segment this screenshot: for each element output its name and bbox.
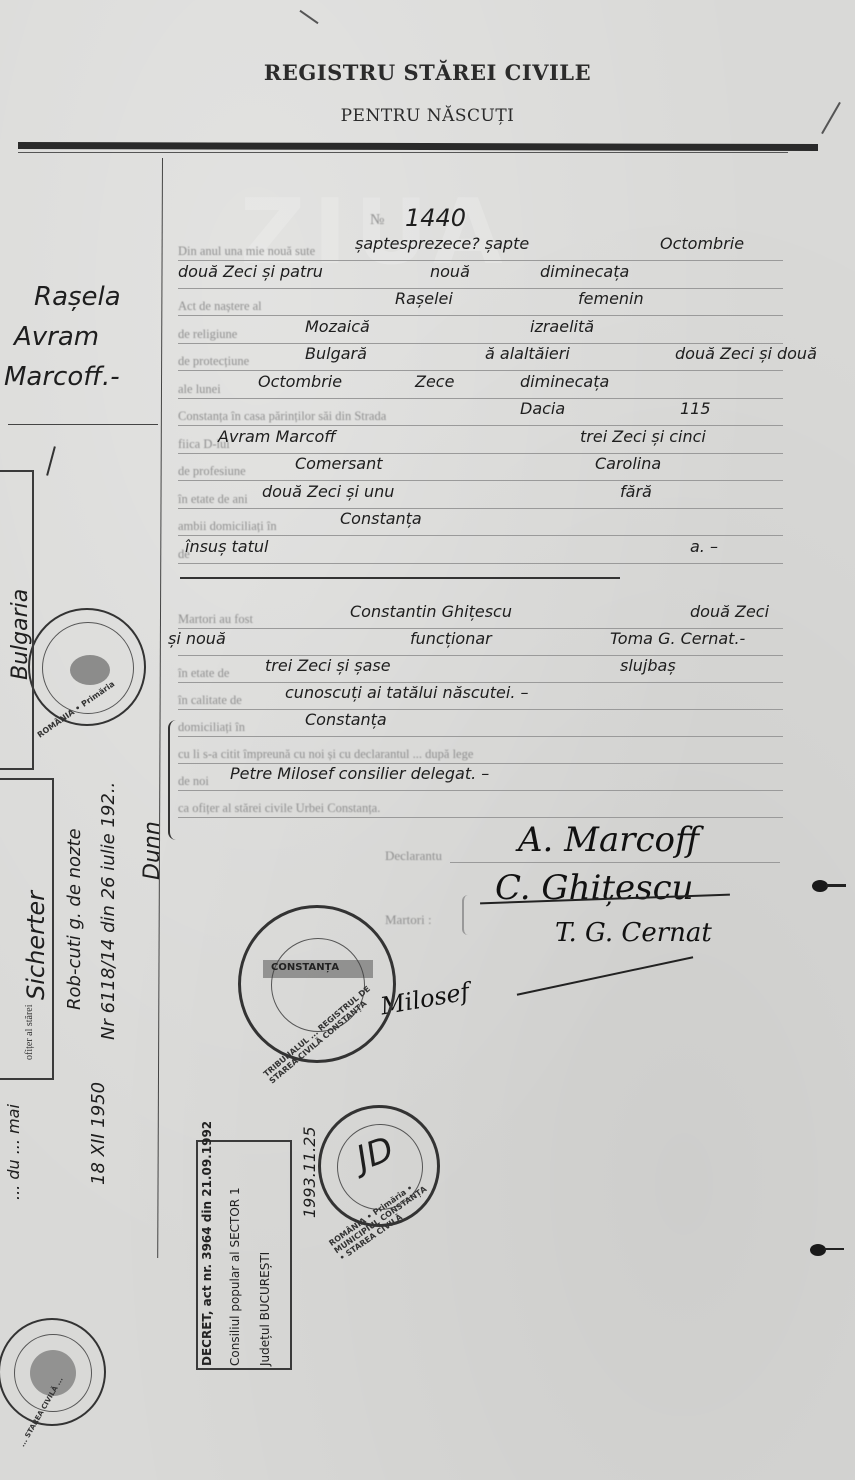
section-closing-rule	[180, 577, 620, 579]
birth-record-handwritten-value: femenin	[578, 289, 644, 308]
birth-record-handwritten-value: Constanța	[340, 509, 422, 528]
margin-signature-top: Bulgaria	[8, 589, 33, 680]
birth-record-printed-label: în etate de ani	[178, 492, 248, 507]
witness-record-handwritten-value: slujbaș	[620, 656, 676, 675]
margin-column-line	[157, 158, 163, 1258]
birth-record-handwritten-value: Octombrie	[258, 372, 342, 391]
birth-record-handwritten-value: Carolina	[595, 454, 661, 473]
witness-record-printed-label: cu li s-a citit împreună cu noi și cu de…	[178, 747, 473, 762]
birth-record-handwritten-value: fără	[620, 482, 652, 501]
act-number: 1440	[405, 204, 466, 232]
witness-record-printed-label: ca ofițer al stărei civile Urbei Constan…	[178, 801, 380, 816]
birth-record-printed-label: de protecțiune	[178, 354, 249, 369]
birth-record-handwritten-value: Mozaică	[305, 317, 370, 336]
witness-bracket	[168, 720, 176, 840]
birth-record-handwritten-value: Zece	[415, 372, 454, 391]
birth-record-handwritten-value: două Zeci și unu	[262, 482, 394, 501]
birth-record-printed-label: de religiune	[178, 327, 237, 342]
birth-record-rule	[178, 453, 783, 454]
witness-record-printed-label: de noi	[178, 774, 209, 789]
birth-record-printed-label: Act de naștere al	[178, 299, 262, 314]
birth-record-handwritten-value: Comersant	[295, 454, 383, 473]
margin-box-label: ofițer al stărei	[24, 1004, 35, 1060]
birth-record-printed-label: Din anul una mie nouă sute	[178, 244, 315, 259]
witness-record-handwritten-value: Constantin Ghițescu	[350, 602, 512, 621]
margin-box-signature: Sicherter	[22, 891, 50, 1000]
witnesses-label: Martori :	[385, 912, 432, 928]
decree-line-3: Județul BUCUREȘTI	[258, 1252, 272, 1366]
birth-record-handwritten-value: Octombrie	[660, 234, 744, 253]
binding-hole-tail	[826, 884, 846, 887]
witness-record-rule	[178, 709, 783, 710]
witness-record-printed-label: în etate de	[178, 666, 229, 681]
decree-line-2: Consiliul popular al SECTOR 1	[228, 1187, 242, 1366]
bottom-left-stamp: ... STAREA CIVILĂ ...	[0, 1318, 106, 1426]
witness-record-printed-label: în calitate de	[178, 693, 242, 708]
birth-record-handwritten-value: însuș tatul	[185, 537, 268, 556]
witness-record-handwritten-value: trei Zeci și șase	[265, 656, 391, 675]
birth-record-handwritten-value: șaptesprezece? șapte	[355, 234, 529, 253]
birth-record-handwritten-value: diminecața	[540, 262, 629, 281]
margin-note-1: Rob-cuti g. de nozte	[64, 828, 85, 1010]
margin-signature-dunn: Dunn	[140, 821, 165, 880]
witness-record-handwritten-value: Constanța	[305, 710, 387, 729]
birth-record-handwritten-value: Rașelei	[395, 289, 453, 308]
margin-note-bottom: ... du ... mai	[4, 1104, 23, 1200]
witness-record-printed-label: domiciliați în	[178, 720, 245, 735]
register-subtitle: PENTRU NĂSCUȚI	[0, 106, 855, 126]
birth-record-printed-label: ale lunei	[178, 382, 221, 397]
margin-name-first: Rașela	[34, 282, 121, 312]
witness-record-handwritten-value: Toma G. Cernat.-	[610, 629, 745, 648]
birth-record-printed-label: ambii domiciliați în	[178, 519, 277, 534]
binding-hole	[810, 1244, 826, 1256]
margin-note-3: 18 XII 1950	[88, 1082, 109, 1185]
birth-record-handwritten-value: nouă	[430, 262, 470, 281]
witness-record-handwritten-value: două Zeci	[690, 602, 769, 621]
witness-record-handwritten-value: și nouă	[168, 629, 226, 648]
birth-record-handwritten-value: Bulgară	[305, 344, 367, 363]
birth-record-handwritten-value: diminecața	[520, 372, 609, 391]
witness-record-printed-label: Martori au fost	[178, 612, 253, 627]
birth-record-handwritten-value: 115	[680, 399, 711, 418]
declarant-signature: A. Marcoff	[518, 820, 699, 860]
witness-record-rule	[178, 790, 783, 791]
witness-record-handwritten-value: funcționar	[410, 629, 492, 648]
birth-record-handwritten-value: Avram Marcoff	[218, 427, 336, 446]
witness-record-handwritten-value: Petre Milosef consilier delegat. –	[230, 764, 489, 783]
binding-hole-tail	[824, 1248, 844, 1250]
birth-record-rule	[178, 288, 783, 289]
birth-record-printed-label: Constanța în casa părinților săi din Str…	[178, 409, 386, 424]
birth-record-handwritten-value: trei Zeci și cinci	[580, 427, 706, 446]
birth-record-rule	[178, 563, 783, 564]
birth-record-handwritten-value: două Zeci și două	[675, 344, 817, 363]
stamp-band-text: CONSTANȚA	[271, 962, 339, 973]
margin-name-father: Avram	[14, 322, 99, 352]
declarant-label: Declarantu	[385, 848, 442, 864]
header-rule-thin	[18, 152, 788, 153]
birth-record-handwritten-value: două Zeci și patru	[178, 262, 323, 281]
civil-registry-stamp: CONSTANȚA TRIBUNALUL ... REGISTRUL DE ST…	[238, 905, 396, 1063]
register-title: REGISTRU STĂREI CIVILE	[0, 60, 855, 85]
witness-signature-2: T. G. Cernat	[555, 918, 712, 948]
pen-mark	[299, 10, 318, 24]
signature-flourish	[517, 956, 693, 995]
margin-divider	[8, 424, 158, 425]
checkmark-icon	[46, 446, 56, 475]
witness-record-handwritten-value: cunoscuți ai tatălui născutei. –	[285, 683, 529, 702]
birth-record-printed-label: de profesiune	[178, 464, 246, 479]
declarant-line	[450, 862, 780, 863]
birth-record-rule	[178, 508, 783, 509]
birth-record-handwritten-value: ă alaltăieri	[485, 344, 570, 363]
birth-record-rule	[178, 315, 783, 316]
header-rule	[18, 142, 818, 151]
act-number-label: №	[370, 212, 384, 229]
margin-name-surname: Marcoff.-	[4, 362, 120, 392]
birth-record-handwritten-value: a. –	[690, 537, 718, 556]
coat-of-arms-icon	[70, 655, 110, 685]
witness-record-rule	[178, 817, 783, 818]
decree-date-note: 1993.11.25	[300, 1126, 319, 1218]
witness-record-rule	[178, 736, 783, 737]
birth-record-handwritten-value: Dacia	[520, 399, 565, 418]
margin-note-2: Nr 6118/14 din 26 iulie 192..	[98, 782, 119, 1040]
municipal-stamp: JD ROMÂNIA • Primăria • MUNICIPIUL CONST…	[318, 1105, 440, 1227]
primaria-stamp: ROMÂNIA • Primăria	[28, 608, 146, 726]
witnesses-brace	[462, 895, 470, 935]
birth-record-handwritten-value: izraelită	[530, 317, 594, 336]
decree-line-1: DECRET, act nr. 3964 din 21.09.1992	[200, 1121, 214, 1366]
